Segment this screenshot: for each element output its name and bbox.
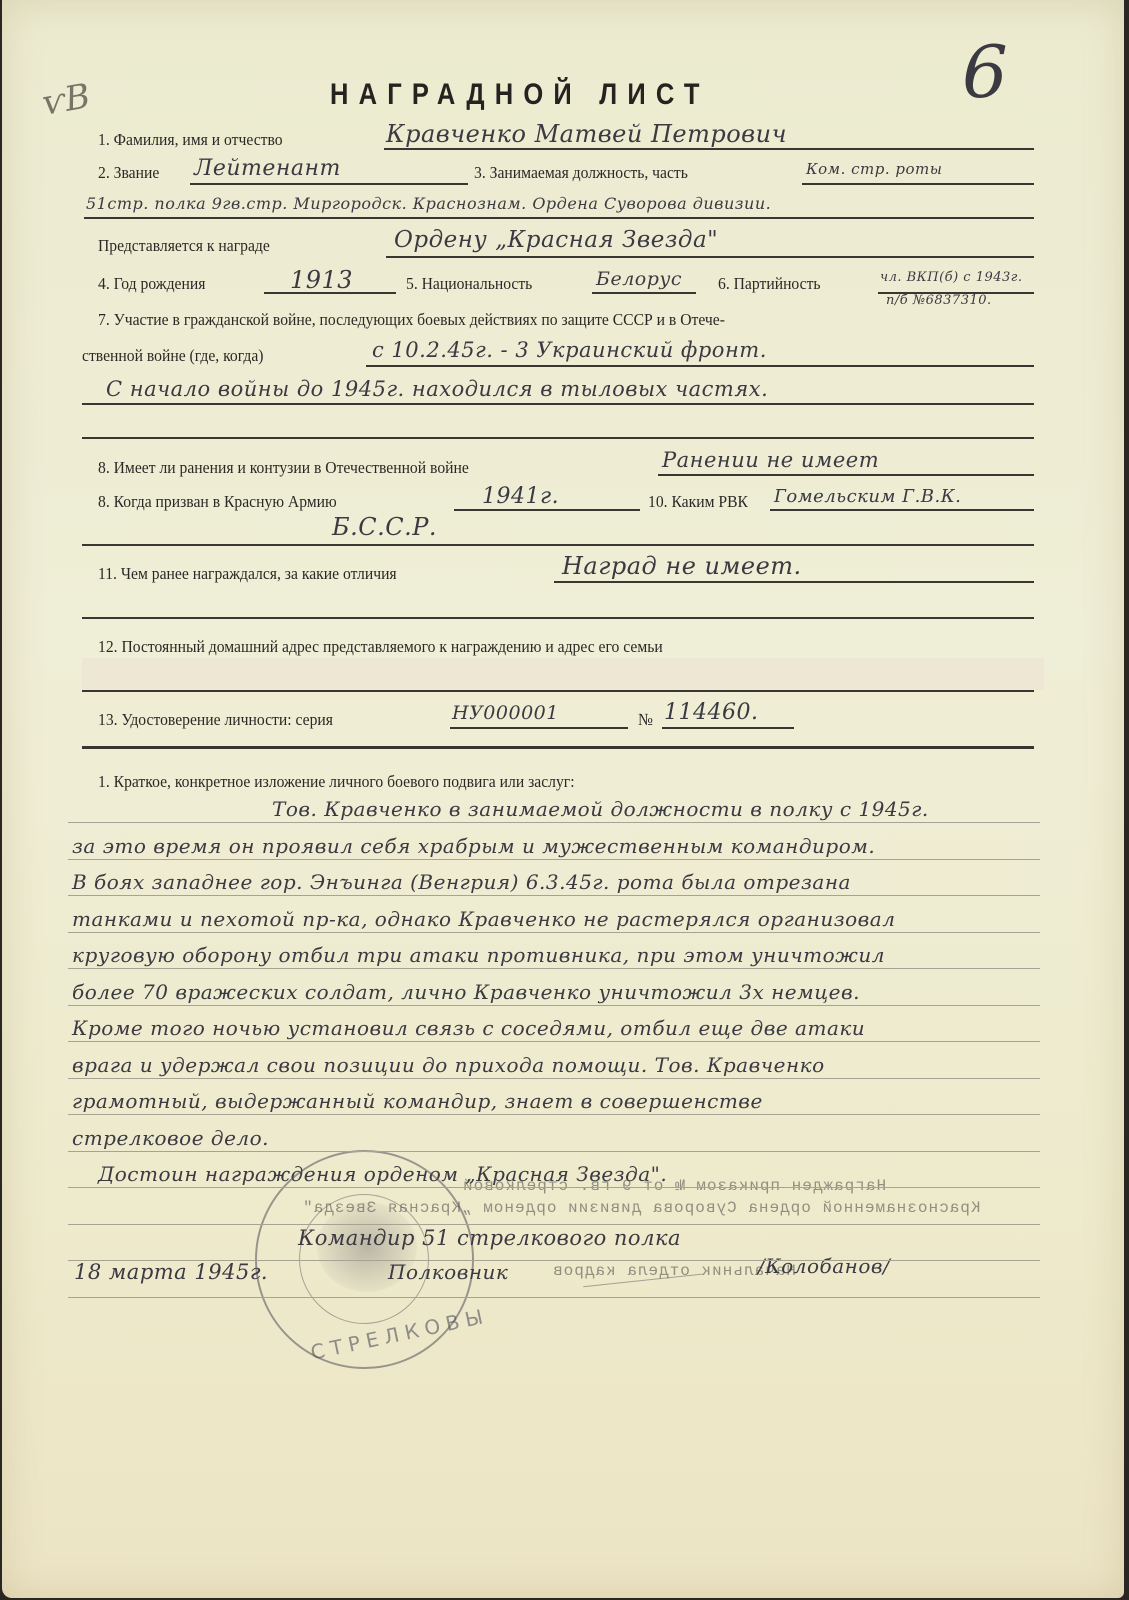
signer-rank: Полковник [388, 1260, 508, 1284]
narrative-line: круговую оборону отбил три атаки противн… [72, 943, 885, 967]
field-2-value: Лейтенант [194, 156, 341, 181]
field-3-value-cont: 51стр. полка 9гв.стр. Миргородск. Красно… [86, 194, 771, 213]
field-12-label: 12. Постоянный домашний адрес представля… [98, 637, 663, 657]
field-10-value: Гомельским Г.В.К. [774, 486, 961, 507]
field-3-value: Ком. стр. роты [806, 160, 942, 178]
signature-date: 18 марта 1945г. [74, 1260, 268, 1284]
field-7-label: 7. Участие в гражданской войне, последую… [98, 310, 725, 330]
ruled-line [68, 822, 1040, 823]
field-6-value: чл. ВКП(б) с 1943г. [880, 270, 1023, 285]
ruled-line [68, 895, 1040, 896]
ruled-line [68, 1151, 1040, 1152]
narrative-line: В боях западнее гор. Энъинга (Венгрия) 6… [72, 870, 851, 894]
field-8b-value: 1941г. [482, 484, 559, 509]
field-2-label: 2. Звание [98, 163, 159, 183]
narrative-line: врага и удержал свои позиции до прихода … [72, 1053, 825, 1077]
id-number-label: № [638, 710, 653, 730]
narrative-line: танками и пехотой пр-ка, однако Кравченк… [72, 907, 895, 931]
ruled-line [68, 1041, 1040, 1042]
ruled-line [68, 968, 1040, 969]
field-10-label: 10. Каким РВК [648, 492, 748, 512]
id-number-value: 114460. [664, 700, 758, 725]
field-6-value-cont: п/б №6837310. [886, 293, 992, 308]
narrative-line: Кроме того ночью установил связь с сосед… [72, 1016, 865, 1040]
narrative-line: Тов. Кравченко в занимаемой должности в … [272, 797, 929, 821]
section-divider [82, 746, 1034, 749]
field-5-value: Белорус [596, 268, 682, 290]
field-8b-label: 8. Когда призван в Красную Армию [98, 492, 337, 512]
narrative-line: более 70 вражеских солдат, лично Кравчен… [72, 980, 860, 1004]
field-10-value-cont: Б.С.С.Р. [332, 513, 437, 541]
redacted-address [82, 658, 1044, 690]
margin-mark: ѵВ [39, 76, 93, 124]
narrative-line: грамотный, выдержанный командир, знает в… [72, 1089, 763, 1113]
ruled-line [68, 1114, 1040, 1115]
field-5-label: 5. Национальность [406, 274, 532, 294]
narrative-line: стрелковое дело. [72, 1126, 269, 1150]
ruled-line [68, 859, 1040, 860]
award-value: Ордену „Красная Звезда" [394, 227, 718, 253]
field-13-label: 13. Удостоверение личности: серия [98, 710, 333, 730]
award-label: Представляется к награде [98, 236, 270, 256]
ruled-line [68, 1078, 1040, 1079]
field-7-label-cont: ственной войне (где, когда) [82, 346, 263, 366]
field-1-label: 1. Фамилия, имя и отчество [98, 130, 283, 150]
signer-name: /Колобанов/ [758, 1254, 890, 1278]
field-7-value-cont: С начало войны до 1945г. находился в тыл… [106, 377, 768, 401]
field-11-value: Наград не имеет. [562, 552, 802, 580]
field-11-label: 11. Чем ранее награждался, за какие отли… [98, 564, 397, 584]
ruled-line [68, 1224, 1040, 1225]
field-8a-label: 8. Имеет ли ранения и контузии в Отечест… [98, 458, 469, 478]
narrative-label: 1. Краткое, конкретное изложение личного… [98, 772, 575, 792]
ruled-line [68, 1005, 1040, 1006]
page-number: 6 [962, 30, 1008, 114]
document-title: НАГРАДНОЙ ЛИСТ [330, 78, 710, 112]
field-7-value: с 10.2.45г. - 3 Украинский фронт. [372, 338, 767, 362]
field-1-value: Кравченко Матвей Петрович [386, 120, 787, 148]
field-8a-value: Ранении не имеет [662, 448, 879, 472]
field-3-label: 3. Занимаемая должность, часть [474, 163, 688, 183]
ruled-line [68, 1187, 1040, 1188]
reverse-print-line-1: Награжден приказом № от 9 гв. стрелковой [462, 1177, 886, 1195]
ruled-line [68, 1260, 1040, 1261]
field-4-value: 1913 [290, 266, 353, 294]
id-series-value: НУ000001 [452, 702, 559, 724]
signer-position: Командир 51 стрелкового полка [298, 1226, 681, 1250]
field-6-label: 6. Партийность [718, 274, 821, 294]
narrative-line: за это время он проявил себя храбрым и м… [72, 834, 875, 858]
ruled-line [68, 932, 1040, 933]
award-sheet-page: ѵВ 6 НАГРАДНОЙ ЛИСТ 1. Фамилия, имя и от… [2, 0, 1124, 1598]
field-4-label: 4. Год рождения [98, 274, 205, 294]
ruled-line [68, 1297, 1040, 1298]
